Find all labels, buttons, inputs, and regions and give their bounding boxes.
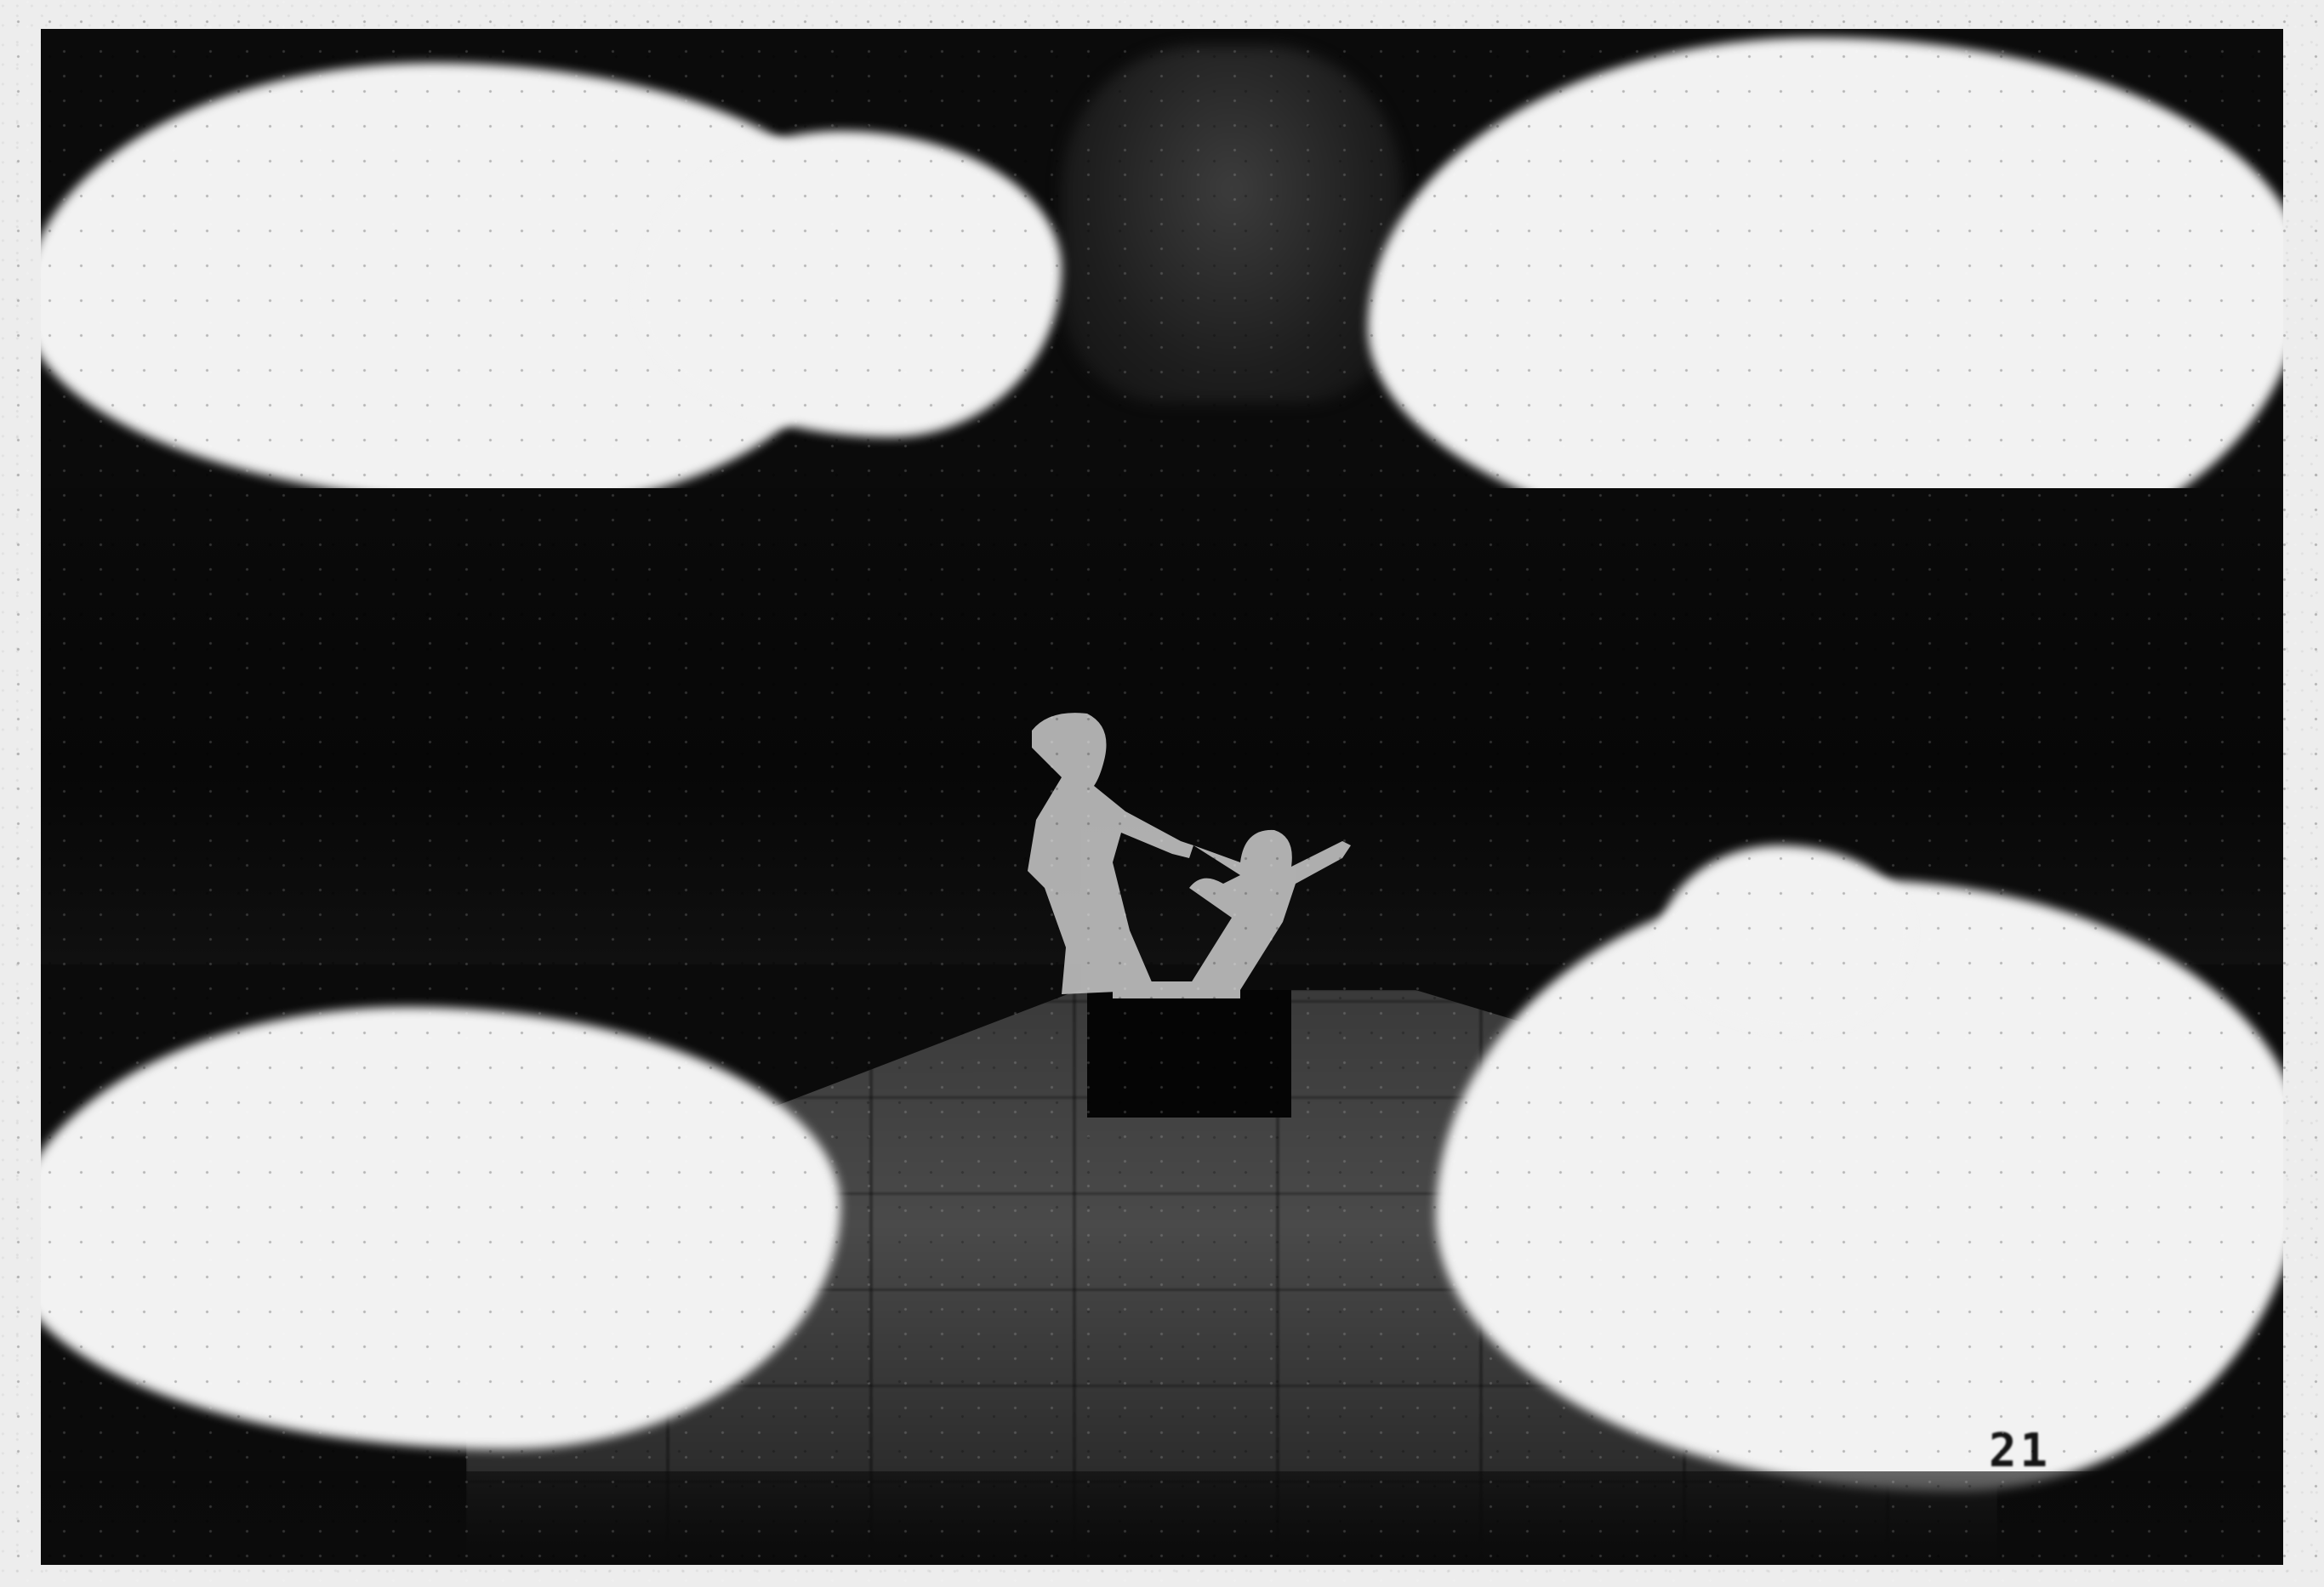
highlight-bottom-left bbox=[41, 1007, 840, 1449]
highlight-top-right bbox=[1368, 37, 2283, 565]
sky-region bbox=[1062, 46, 1402, 403]
highlight-right-flowers bbox=[1657, 845, 1912, 1032]
bottom-shadow bbox=[41, 1471, 2283, 1565]
photo-frame: 21 bbox=[41, 29, 2283, 1565]
frame-number: 21 bbox=[1989, 1424, 2051, 1477]
statue bbox=[985, 692, 1461, 1024]
